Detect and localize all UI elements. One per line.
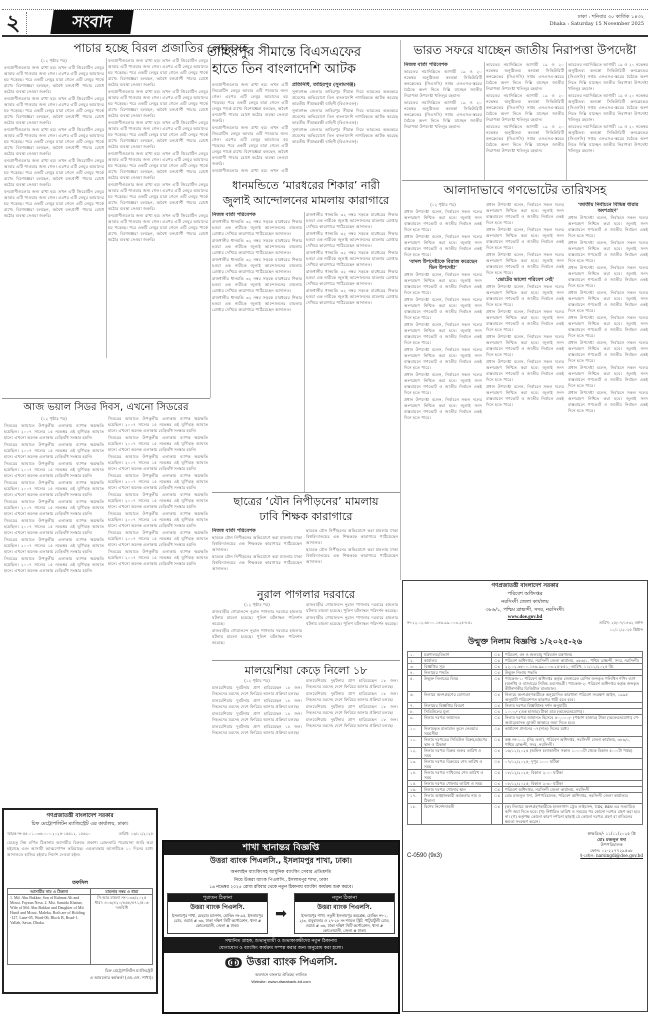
tender-row: ১৪.নিলাম দরপত্র দাখিলের শেষ তারিখ ও সময়… xyxy=(408,770,643,781)
bank-line: নিয়ে উত্তরা ব্যাংক পিএলসি., ইসলামপুর শা… xyxy=(164,876,398,884)
separator: ঃ xyxy=(492,793,503,804)
article-body: মালয়েশিয়ায় দুর্ঘটনায় প্রাণ হারিয়েছে… xyxy=(306,678,398,690)
ad-tender-notice: গণপ্রজাতন্ত্রী বাংলাদেশ সরকার পরিবেশ অধি… xyxy=(402,580,648,1012)
article-body: ছাত্রকে যৌন নিপীড়নের অভিযোগে করা মামলায… xyxy=(212,535,302,553)
article-body: সিডরের আঘাতে উপকূলীয় এলাকায় ব্যাপক ক্ষ… xyxy=(108,530,208,548)
tender-row: ৯.নিলাম দরপত্র জামানতঃনিলাম দরপত্র জামান… xyxy=(408,715,643,726)
column-rule xyxy=(400,40,401,580)
article-body: ছাত্রকে যৌন নিপীড়নের অভিযোগে করা মামলায… xyxy=(306,547,398,565)
article-body: ভারতের নয়াদিল্লিতে আগামী ১৯ ও ২০ নভেম্ব… xyxy=(568,124,648,154)
case-cell: সি.আর মামলা নং-১৩৬/২০২৫ ধারা: ৪০৬/৪২০/৪৬… xyxy=(91,895,153,965)
new-address-box: নতুন ঠিকানা উত্তরা ব্যাংক পিএলসি. ইসলামপ… xyxy=(294,893,395,934)
column-rule xyxy=(566,62,567,180)
article-body: মালয়েশিয়ায় দুর্ঘটনায় প্রাণ হারিয়েছে… xyxy=(306,704,398,716)
article-body: সিডরের আঘাতে উপকূলীয় এলাকায় ব্যাপক ক্ষ… xyxy=(4,480,104,498)
separator: ঃ xyxy=(492,748,503,759)
article-body: ছাত্রকে যৌন নিপীড়নের অভিযোগে করা মামলায… xyxy=(212,554,302,572)
tender-signature: স্বাক্ষরিত/- ১১/১১/২০২৫ খ্রি মোঃ মজলুল হ… xyxy=(580,831,643,859)
article-body: প্রধান উপদেষ্টা বলেন, নির্বাচনে সকল দলের… xyxy=(486,252,564,276)
article-body: সিডরের আঘাতে উপকূলীয় এলাকায় ব্যাপক ক্ষ… xyxy=(4,537,104,555)
tender-row: ৫.উন্মুক্ত নিলামের বিষয়ঃপ্যাকেজ-১: পরিব… xyxy=(408,676,643,692)
article-body: বন্যপ্রাণীগুলোর জন্য রাখা হয়। তখন এটি জ… xyxy=(4,127,104,157)
article-body: রাজধানীর ধানমন্ডি ৩২ নম্বর সড়কে মারধরের… xyxy=(212,219,302,237)
article-body: প্রধান উপদেষ্টা বলেন, নির্বাচনে সকল দলের… xyxy=(404,372,482,396)
article-body: প্রধান উপদেষ্টা বলেন, নির্বাচনে সকল দলের… xyxy=(404,322,482,346)
article-body: রাজধানীর ধানমন্ডি ৩২ নম্বর সড়কে মারধরের… xyxy=(306,212,398,230)
date-english: Dhaka : Saturday 15 November 2025 xyxy=(550,21,644,28)
article-body: প্রধান উপদেষ্টা বলেন, নির্বাচনে সকল দলের… xyxy=(568,290,648,314)
article-india-col3: ভারতের নয়াদিল্লিতে আগামী ১৯ ও ২০ নভেম্ব… xyxy=(568,62,648,180)
tender-table: ১.মন্ত্রণালয়/বিভাগঃপরিবেশ, বন ও জলবায়ু… xyxy=(407,651,643,825)
tender-label: উন্মুক্ত নিলামের বিষয় xyxy=(422,676,492,692)
article-body: বন্যপ্রাণীগুলোর জন্য রাখা হয়। তখন এটি জ… xyxy=(108,120,208,150)
tender-date-en: ১১/১১/২০২৫ খ্রিষ্টাব্দ xyxy=(610,627,643,632)
signatory-sub: এ আমলোর কর্মকর্তা (এম.এস. শাখা)। xyxy=(7,975,153,982)
article-body: রাজধানীর ধানমন্ডি ৩২ নম্বর সড়কে মারধরের… xyxy=(306,288,398,306)
tender-label: নিলাম দরপত্র বিক্রয়ের শেষ তারিখ ও সময় xyxy=(422,759,492,770)
article-body: বন্যপ্রাণীগুলোর জন্য রাখা হয়। তখন এটি জ… xyxy=(108,151,208,181)
tender-date-bn: তারিখ: ২৫/০৭/১৪৩২ বঙ্গাব্দ xyxy=(599,620,643,625)
article-body: ভারতের নয়াদিল্লিতে আগামী ১৯ ও ২০ নভেম্ব… xyxy=(568,62,648,92)
tender-row: ৩.বিজ্ঞপ্তির সূত্রঃ২২.০২.৬৮০০.১৪৬.৯৯.০০৩… xyxy=(408,664,643,670)
tender-no: ৫. xyxy=(408,676,422,692)
tender-office: নরসিংদী জেলা কার্যালয় xyxy=(407,599,643,607)
headline-line: জুলাই আন্দোলনের মামলায় কারাগারে xyxy=(212,193,400,208)
new-bank-name: উত্তরা ব্যাংক পিএলসি. xyxy=(295,902,394,913)
tender-no: ১০. xyxy=(408,726,422,737)
ad-body: যেহেতু নিম্ন বর্ণিত ঠিকানায় আসামীর বিরু… xyxy=(7,840,153,880)
article-body: সিডরের আঘাতে উপকূলীয় এলাকায় ব্যাপক ক্ষ… xyxy=(4,461,104,479)
bank-footer-bar: সম্মানিত গ্রাহক, শুভানুধ্যায়ী ও শুভাকাঙ… xyxy=(164,937,398,953)
separator: ঃ xyxy=(492,770,503,781)
divider xyxy=(2,398,210,399)
article-body: রাজবাড়ীর গোয়ালন্দে নুরাল পাগলার দরবারে… xyxy=(306,615,398,627)
article-body: মালয়েশিয়ায় দুর্ঘটনায় প্রাণ হারিয়েছে… xyxy=(212,698,302,710)
separator: ঃ xyxy=(492,759,503,770)
article-lemur-col2: বন্যপ্রাণীগুলোর জন্য রাখা হয়। তখন এটি জ… xyxy=(108,58,208,358)
article-lemur-col3: বন্যপ্রাণীগুলোর জন্য রাখা হয়। তখন এটি জ… xyxy=(212,82,288,172)
accused-cell: 1. Md. Abu Bakkar, Son of Rahmat Ali and… xyxy=(8,895,91,965)
continuation-note: (১২ পৃষ্ঠার পর) xyxy=(212,602,302,608)
article-dhanmondi-col1: নিজস্ব বার্তা পরিবেশক রাজধানীর ধানমন্ডি … xyxy=(212,212,302,492)
tender-value: কার্যাদেশ প্রদানের ০৭(সাত) দিনের মধ্যে। xyxy=(502,726,642,737)
article-tahirpur-body: প্রতিনিধি, তাহিরপুর (সুনামগঞ্জ) সুনামগঞ্… xyxy=(292,82,398,172)
article-body: সুনামগঞ্জ জেলার তাহিরপুর সীমান্ত দিয়ে ভ… xyxy=(292,108,398,126)
divider xyxy=(212,492,400,493)
tender-row: ১৭.নিলাম আহ্বানকারী কর্মকর্তার নাম ও ঠিক… xyxy=(408,793,643,804)
article-body: মালয়েশিয়ায় দুর্ঘটনায় প্রাণ হারিয়েছে… xyxy=(306,691,398,703)
article-india-col1: নিজস্ব বার্তা পরিবেশক ভারতের নয়াদিল্লিত… xyxy=(404,62,482,180)
bank-brand: উত্তরা ব্যাংক পিএলসি. xyxy=(247,955,338,972)
article-body: সিডরের আঘাতে উপকূলীয় এলাকায় ব্যাপক ক্ষ… xyxy=(4,518,104,536)
tender-label: নিলামকৃত মালামাল তুলে নেওয়ার সময়সীমা xyxy=(422,726,492,737)
separator: ঃ xyxy=(492,715,503,726)
article-body: প্রধান উপদেষ্টা বলেন, নির্বাচনে সকল দলের… xyxy=(404,272,482,296)
ad-office: চিফ মেট্রোপলিটন ম্যাজিস্ট্রেট এর কার্যাল… xyxy=(7,821,153,829)
article-body: সিডরের আঘাতে উপকূলীয় এলাকায় ব্যাপক ক্ষ… xyxy=(108,454,208,472)
headline-india-visit: ভারত সফরে যাচ্ছেন জাতীয় নিরাপত্তা উপদেষ… xyxy=(402,42,648,62)
bank-brand-row: ↂ উত্তরা ব্যাংক পিএলসি. xyxy=(164,955,398,972)
column-rule xyxy=(304,212,305,492)
sign-date: স্বাক্ষরিত/- ১১/১১/২০২৫ খ্রি xyxy=(580,831,643,837)
article-body: মালয়েশিয়ায় দুর্ঘটনায় প্রাণ হারিয়েছে… xyxy=(212,685,302,697)
tender-value: নিলামে অংশগ্রহণকারীকে অনুমোদিত কারখানা প… xyxy=(502,692,642,703)
tender-value: মোঃ মজলুল হুদা, উপপরিচালক, পরিবেশ অধিদপ্… xyxy=(502,793,642,804)
page-number: ২ xyxy=(6,12,20,34)
tender-label: নিলাম আহ্বানকারী কর্মকর্তার নাম ও ঠিকানা xyxy=(422,793,492,804)
article-body: সুনামগঞ্জ জেলার তাহিরপুর সীমান্ত দিয়ে ভ… xyxy=(292,127,398,145)
column-rule xyxy=(210,58,211,398)
headline-teacher: ছাত্রের ‘যৌন নিপীড়নের’ মামলায় ঢাবি শিক… xyxy=(212,494,400,524)
article-teacher-col1: নিজস্ব বার্তা পরিবেশক ছাত্রকে যৌন নিপীড়… xyxy=(212,528,302,584)
page-number-separator xyxy=(26,12,27,34)
continuation-note: (১২ পৃষ্ঠার পর) xyxy=(4,416,104,422)
article-malaysia-col2: মালয়েশিয়ায় দুর্ঘটনায় প্রাণ হারিয়েছে… xyxy=(306,678,398,840)
article-body: ভারতের নয়াদিল্লিতে আগামী ১৯ ও ২০ নভেম্ব… xyxy=(486,124,564,154)
article-body: রাজবাড়ীর গোয়ালন্দে নুরাল পাগলার দরবারে… xyxy=(212,609,302,627)
article-body: বন্যপ্রাণীগুলোর জন্য রাখা হয়। তখন এটি জ… xyxy=(212,82,288,124)
article-body: প্রধান উপদেষ্টা বলেন, নির্বাচনে সকল দলের… xyxy=(404,347,482,371)
old-address-box: পুরাতন ঠিকানা উত্তরা ব্যাংক পিএলসি. ইসলা… xyxy=(167,893,268,934)
tender-no: ১৪. xyxy=(408,770,422,781)
masthead-logo: সংবাদ xyxy=(50,10,133,34)
schedule-table: আসামীর নাম ও ঠিকানা মামলার নম্বর ও ধারা … xyxy=(7,888,153,965)
headline-line: ঢাবি শিক্ষক কারাগারে xyxy=(212,509,400,524)
byline: প্রতিনিধি, তাহিরপুর (সুনামগঞ্জ) xyxy=(292,82,398,88)
article-body: প্রধান উপদেষ্টা বলেন, নির্বাচনে সকল দলের… xyxy=(404,234,482,258)
tender-address: ৩৮৬/১, পশ্চিম ব্রাহ্মন্দী, সদর, নরসিংদী। xyxy=(407,607,643,615)
tender-value: কক্ষ নং-১০১ (নিচ তলা), পরিবেশ অধিদপ্তর, … xyxy=(502,737,642,748)
headline-line: তাহিরপুর সীমান্তে বিএসএফের xyxy=(168,44,400,61)
tender-no: ১১. xyxy=(408,737,422,748)
article-body: সিডরের আঘাতে উপকূলীয় এলাকায় ব্যাপক ক্ষ… xyxy=(4,442,104,460)
subhead: ‘জাতীয় নির্বাচনে বিভিন্ন ধারার অংশগ্রহণ… xyxy=(568,202,648,214)
article-body: মালয়েশিয়ায় দুর্ঘটনায় প্রাণ হারিয়েছে… xyxy=(306,717,398,729)
article-body: প্রধান উপদেষ্টা বলেন, নির্বাচনে সকল দলের… xyxy=(404,397,482,421)
tender-label: নিলামে অংশগ্রহণের যোগ্যতা xyxy=(422,692,492,703)
tender-label: নিলাম দরপত্র দাখিলের শেষ তারিখ ও সময় xyxy=(422,770,492,781)
tender-label: নিলাম দরপত্র জামানত xyxy=(422,715,492,726)
article-body: বন্যপ্রাণীগুলোর জন্য রাখা হয়। তখন এটি জ… xyxy=(212,168,288,172)
article-body: ভারতের নয়াদিল্লিতে আগামী ১৯ ও ২০ নভেম্ব… xyxy=(486,62,564,92)
tender-label: বিশেষ নির্দেশনাবলী xyxy=(422,804,492,825)
new-address-label: নতুন ঠিকানা xyxy=(295,894,394,902)
tender-no: ১৮. xyxy=(408,804,422,825)
article-body: মালয়েশিয়ায় দুর্ঘটনায় প্রাণ হারিয়েছে… xyxy=(212,724,302,736)
article-body: রাজধানীর ধানমন্ডি ৩২ নম্বর সড়কে মারধরের… xyxy=(212,257,302,275)
article-body: বন্যপ্রাণীগুলোর জন্য রাখা হয়। তখন এটি জ… xyxy=(4,96,104,126)
headline-sidr: আজ ভয়াল সিডর দিবস, এখনো সিডরের xyxy=(2,400,210,417)
tender-label: নিলাম দরপত্রের সিডিউল বিক্রয়/গ্রহণের স্… xyxy=(422,737,492,748)
tender-memo-row: নং-২২.০২.৬৮০০.১৪৬.৯৯.০০৩.২৫-৮৫১ তারিখ: ২… xyxy=(407,620,643,634)
bank-tagline: অবদানে বাংলার ঐতিহ্যে লালিত xyxy=(164,972,398,979)
article-body: প্রধান উপদেষ্টা বলেন, নির্বাচনে সকল দলের… xyxy=(486,334,564,358)
article-body: সিডরের আঘাতে উপকূলীয় এলাকায় ব্যাপক ক্ষ… xyxy=(4,423,104,441)
continuation-note: (১২ পৃষ্ঠার পর) xyxy=(4,58,104,64)
tender-no: ১৭. xyxy=(408,793,422,804)
article-body: প্রধান উপদেষ্টা বলেন, নির্বাচনে সকল দলের… xyxy=(568,240,648,264)
article-body: ছাত্রকে যৌন নিপীড়নের অভিযোগে করা মামলায… xyxy=(306,528,398,546)
headline-line: ধানমন্ডিতে ‘মারধরের শিকার’ নারী xyxy=(212,178,400,193)
old-address: ইসলামপুর শাখা, মেহরাব ম্যানশন, হোল্ডিং ন… xyxy=(168,913,267,928)
byline: নিজস্ব বার্তা পরিবেশক xyxy=(404,62,482,68)
tender-value: নিলাম দরপত্র জামানত হিসেবে ৫০,০০০/- (পঞ্… xyxy=(502,715,642,726)
article-body: মালয়েশিয়ায় দুর্ঘটনায় প্রাণ হারিয়েছে… xyxy=(212,711,302,723)
byline: নিজস্ব বার্তা পরিবেশক xyxy=(212,528,302,534)
article-body: ভারতের নয়াদিল্লিতে আগামী ১৯ ও ২০ নভেম্ব… xyxy=(404,100,482,130)
signatory: চিফ মেট্রোপলিটন ম্যাজিস্ট্রেট xyxy=(7,968,153,975)
separator: ঃ xyxy=(492,804,503,825)
address-compare: পুরাতন ঠিকানা উত্তরা ব্যাংক পিএলসি. ইসলা… xyxy=(164,893,398,934)
article-alada-col2: প্রধান উপদেষ্টা বলেন, নির্বাচনে সকল দলের… xyxy=(486,202,564,592)
article-body: প্রধান উপদেষ্টা বলেন, নির্বাচনে সকল দলের… xyxy=(486,359,564,383)
article-alada-col1: (১২ পৃষ্ঠার পর) প্রধান উপদেষ্টা বলেন, নি… xyxy=(404,202,482,592)
article-body: ভারতের নয়াদিল্লিতে আগামী ১৯ ও ২০ নভেম্ব… xyxy=(486,93,564,123)
article-body: রাজধানীর ধানমন্ডি ৩২ নম্বর সড়কে মারধরের… xyxy=(212,238,302,256)
article-body: রাজধানীর ধানমন্ডি ৩২ নম্বর সড়কে মারধরের… xyxy=(212,295,302,313)
article-nural-col1: (১২ পৃষ্ঠার পর) রাজবাড়ীর গোয়ালন্দে নুর… xyxy=(212,602,302,658)
article-alada-col3: ‘জাতীয় নির্বাচনে বিভিন্ন ধারার অংশগ্রহণ… xyxy=(568,202,648,592)
tender-row: ১০.নিলামকৃত মালামাল তুলে নেওয়ার সময়সীম… xyxy=(408,726,643,737)
article-body: সিডরের আঘাতে উপকূলীয় এলাকায় ব্যাপক ক্ষ… xyxy=(4,499,104,517)
tender-no: ৬. xyxy=(408,692,422,703)
old-address-label: পুরাতন ঠিকানা xyxy=(168,894,267,902)
byline: নিজস্ব বার্তা পরিবেশক xyxy=(212,212,302,218)
article-malaysia-col1: (১২ পৃষ্ঠার পর) মালয়েশিয়ায় দুর্ঘটনায়… xyxy=(212,678,302,840)
bank-line: অনলাইন ব্যাংকিংসহ আধুনিক ব্যাংকিং সেবার … xyxy=(164,868,398,876)
tender-row: ৬.নিলামে অংশগ্রহণের যোগ্যতাঃনিলামে অংশগ্… xyxy=(408,692,643,703)
tender-value: (ক) নিলামে অংশগ্রহণকারীকে হালনাগাদ ট্রেড… xyxy=(502,804,642,825)
article-body: প্রধান উপদেষ্টা বলেন, নির্বাচনে সকল দলের… xyxy=(568,265,648,289)
footer-line: যোগাযোগ ও ব্যাংকিং কার্যক্রম সম্পন্ন করা… xyxy=(164,945,398,952)
article-body: প্রধান উপদেষ্টা বলেন, নির্বাচনে সকল দলের… xyxy=(568,390,648,414)
article-body: সিডরের আঘাতে উপকূলীয় এলাকায় ব্যাপক ক্ষ… xyxy=(108,549,208,567)
headline-dhanmondi: ধানমন্ডিতে ‘মারধরের শিকার’ নারী জুলাই আন… xyxy=(212,178,400,208)
sign-email[interactable]: ই-মেইল: narsingdi@doe.gov.bd xyxy=(580,853,643,859)
article-body: প্রধান উপদেষ্টা বলেন, নির্বাচনে সকল দলের… xyxy=(404,297,482,321)
article-body: প্রধান উপদেষ্টা বলেন, নির্বাচনে সকল দলের… xyxy=(404,209,482,233)
tender-title: উন্মুক্ত নিলাম বিজ্ঞপ্তি ১/২০২৫-২৬ xyxy=(407,636,643,649)
article-body: বন্যপ্রাণীগুলোর জন্য রাখা হয়। তখন এটি জ… xyxy=(108,182,208,212)
ad-govt-title: গণপ্রজাতন্ত্রী বাংলাদেশ সরকার xyxy=(7,813,153,821)
ad-code: C-0590 (9x3) xyxy=(407,853,442,859)
tender-label: নিলাম দরপত্র খোলার তারিখ ও সময় xyxy=(422,781,492,787)
article-body: বন্যপ্রাণীগুলোর জন্য রাখা হয়। তখন এটি জ… xyxy=(108,213,208,243)
continuation-note: (১২ পৃষ্ঠার পর) xyxy=(212,678,302,684)
article-teacher-col2: ছাত্রকে যৌন নিপীড়নের অভিযোগে করা মামলায… xyxy=(306,528,398,584)
article-body: প্রধান উপদেষ্টা বলেন, নির্বাচনে সকল দলের… xyxy=(568,365,648,389)
article-body: প্রধান উপদেষ্টা বলেন, নির্বাচনে সকল দলের… xyxy=(568,340,648,364)
subhead: ‘ভোটের ভালো পরিবেশ নেই’ xyxy=(486,277,564,283)
tender-dates: তারিখ: ২৫/০৭/১৪৩২ বঙ্গাব্দ ১১/১১/২০২৫ খ্… xyxy=(599,620,643,634)
tender-row: ১১.নিলাম দরপত্রের সিডিউল বিক্রয়/গ্রহণের… xyxy=(408,737,643,748)
tender-value: পরিবেশ অধিদপ্তর, নরসিংদী জেলা কার্যালয়,… xyxy=(502,658,642,664)
article-body: সিডরের আঘাতে উপকূলীয় এলাকায় ব্যাপক ক্ষ… xyxy=(108,435,208,453)
headline-alada: আলাদাভাবে গণভোটের তারিখসহ xyxy=(402,182,648,202)
ad-court-notice: গণপ্রজাতন্ত্রী বাংলাদেশ সরকার চিফ মেট্রো… xyxy=(2,808,158,994)
column-rule xyxy=(484,62,485,180)
article-body: ভারতের নয়াদিল্লিতে আগামী ১৯ ও ২০ নভেম্ব… xyxy=(568,93,648,123)
article-body: প্রধান উপদেষ্টা বলেন, নির্বাচনে সকল দলের… xyxy=(568,315,648,339)
subhead: ‘বাদল উপদেষ্টাকে বিরাজ করেছেন ভিন উপদেষ্… xyxy=(404,259,482,271)
article-body: রাজধানীর ধানমন্ডি ৩২ নম্বর সড়কে মারধরের… xyxy=(306,231,398,249)
article-body: সিডরের আঘাতে উপকূলীয় এলাকায় ব্যাপক ক্ষ… xyxy=(108,511,208,529)
article-sidr-col2: সিডরের আঘাতে উপকূলীয় এলাকায় ব্যাপক ক্ষ… xyxy=(108,416,208,756)
article-body: বন্যপ্রাণীগুলোর জন্য রাখা হয়। তখন এটি জ… xyxy=(4,65,104,95)
tender-value: ০৮/১২/২০২৫; বিকাল ২:০০ ঘটিকা xyxy=(502,770,642,781)
divider xyxy=(402,180,648,181)
article-body: ভারতের নয়াদিল্লিতে আগামী ১৯ ও ২০ নভেম্ব… xyxy=(404,69,482,99)
ad-bank-relocation: শাখা স্থানান্তর বিজ্ঞপ্তি উত্তরা ব্যাংক … xyxy=(162,840,400,1014)
tender-row: ১৩.নিলাম দরপত্র বিক্রয়ের শেষ তারিখ ও সম… xyxy=(408,759,643,770)
article-nural-col2: রাজবাড়ীর গোয়ালন্দে নুরাল পাগলার দরবারে… xyxy=(306,602,398,658)
article-body: প্রধান উপদেষ্টা বলেন, নির্বাচনে সকল দলের… xyxy=(486,309,564,333)
tender-footer: C-0590 (9x3) স্বাক্ষরিত/- ১১/১১/২০২৫ খ্র… xyxy=(407,831,643,859)
tender-no: ১২. xyxy=(408,748,422,759)
tender-govt: গণপ্রজাতন্ত্রী বাংলাদেশ সরকার xyxy=(407,583,643,591)
tender-no: ১৩. xyxy=(408,759,422,770)
article-body: সিডরের আঘাতে উপকূলীয় এলাকায় ব্যাপক ক্ষ… xyxy=(108,492,208,510)
article-body: রাজবাড়ীর গোয়ালন্দে নুরাল পাগলার দরবারে… xyxy=(306,602,398,614)
article-body: সুনামগঞ্জ জেলার তাহিরপুর সীমান্ত দিয়ে ভ… xyxy=(292,89,398,107)
article-body: বন্যপ্রাণীগুলোর জন্য রাখা হয়। তখন এটি জ… xyxy=(4,158,104,188)
article-body: বন্যপ্রাণীগুলোর জন্য রাখা হয়। তখন এটি জ… xyxy=(4,189,104,219)
headline-line: হাতে তিন বাংলাদেশি আটক xyxy=(168,61,400,78)
bank-ad-subtitle: উত্তরা ব্যাংক পিএলসি., ইসলামপুর শাখা, ঢা… xyxy=(164,856,398,868)
article-india-col2: ভারতের নয়াদিল্লিতে আগামী ১৯ ও ২০ নভেম্ব… xyxy=(486,62,564,180)
dateline: ঢাকা : শনিবার ৩০ কার্তিক ১৪৩২ Dhaka : Sa… xyxy=(550,14,644,28)
ad-memo-row: স্মারক নং-৫৫.০১.০৩৬.০০০.২০২৫-১৫৬১২, ১৫৬২… xyxy=(7,831,153,838)
article-body: রাজধানীর ধানমন্ডি ৩২ নম্বর সড়কে মারধরের… xyxy=(212,276,302,294)
article-body: প্রধান উপদেষ্টা বলেন, নির্বাচনে সকল দলের… xyxy=(486,202,564,226)
memo-date: তারিখ: ১৩/১১/২০২৫ xyxy=(119,831,153,838)
article-body: প্রধান উপদেষ্টা বলেন, নির্বাচনে সকল দলের… xyxy=(568,215,648,239)
arrow-right-icon: ➡ xyxy=(272,893,290,934)
article-body: সিডরের আঘাতে উপকূলীয় এলাকায় ব্যাপক ক্ষ… xyxy=(108,416,208,434)
tender-no: ৯. xyxy=(408,715,422,726)
separator: ঃ xyxy=(492,737,503,748)
header-rule xyxy=(2,35,648,37)
memo-number: স্মারক নং-৫৫.০১.০৩৬.০০০.২০২৫-১৫৬১২, ১৫৬২… xyxy=(7,831,90,838)
article-body: রাজবাড়ীর গোয়ালন্দে নুরাল পাগলার দরবারে… xyxy=(212,628,302,646)
bank-website: Website: www.uttarabank-bd.com xyxy=(164,979,398,984)
separator: ঃ xyxy=(492,676,503,692)
bank-logo-icon: ↂ xyxy=(225,956,243,972)
bank-ad-title: শাখা স্থানান্তর বিজ্ঞপ্তি xyxy=(164,842,398,855)
article-body: রাজধানীর ধানমন্ডি ৩২ নম্বর সড়কে মারধরের… xyxy=(306,250,398,268)
tender-value: ০৭/১২/২০২৫; দুপুর ১:০০ ঘটিকা xyxy=(502,759,642,770)
article-body: প্রধান উপদেষ্টা বলেন, নির্বাচনে সকল দলের… xyxy=(486,227,564,251)
footer-line: সম্মানিত গ্রাহক, শুভানুধ্যায়ী ও শুভাকাঙ… xyxy=(164,938,398,945)
tender-row: ১২.নিলাম দরপত্র বিক্রয় শুরুর তারিখ ও সম… xyxy=(408,748,643,759)
article-lemur-col1: (১২ পৃষ্ঠার পর) বন্যপ্রাণীগুলোর জন্য রাখ… xyxy=(4,58,104,358)
old-bank-name: উত্তরা ব্যাংক পিএলসি. xyxy=(168,902,267,913)
article-body: প্রধান উপদেষ্টা বলেন, নির্বাচনে সকল দলের… xyxy=(486,284,564,308)
tender-row: ১৮.বিশেষ নির্দেশনাবলীঃ(ক) নিলামে অংশগ্রহ… xyxy=(408,804,643,825)
tender-dept: পরিবেশ অধিদপ্তর xyxy=(407,591,643,599)
new-address: ইসলামপুর শাখা, নতুনী ইসলামপুর কমপ্লেক্স,… xyxy=(295,913,394,933)
separator: ঃ xyxy=(492,726,503,737)
article-body: সিডরের আঘাতে উপকূলীয় এলাকায় ব্যাপক ক্ষ… xyxy=(4,556,104,574)
tender-label: নিলাম দরপত্র বিক্রয় শুরুর তারিখ ও সময় xyxy=(422,748,492,759)
headline-line: ছাত্রের ‘যৌন নিপীড়নের’ মামলায় xyxy=(212,494,400,509)
headline-tahirpur: তাহিরপুর সীমান্তে বিএসএফের হাতে তিন বাংল… xyxy=(168,44,400,78)
article-body: বন্যপ্রাণীগুলোর জন্য রাখা হয়। তখন এটি জ… xyxy=(108,89,208,119)
article-body: প্রধান উপদেষ্টা বলেন, নির্বাচনে সকল দলের… xyxy=(486,384,564,408)
date-bengali: ঢাকা : শনিবার ৩০ কার্তিক ১৪৩২ xyxy=(550,14,644,21)
column-rule xyxy=(106,58,107,358)
article-body: রাজধানীর ধানমন্ডি ৩২ নম্বর সড়কে মারধরের… xyxy=(306,269,398,287)
bank-line: ১৬ নভেম্বর ২০২৫ রোজ রবিবার থেকে নতুন ঠিক… xyxy=(164,884,398,891)
article-body: সিডরের আঘাতে উপকূলীয় এলাকায় ব্যাপক ক্ষ… xyxy=(108,473,208,491)
article-body: বন্যপ্রাণীগুলোর জন্য রাখা হয়। তখন এটি জ… xyxy=(212,125,288,167)
tender-value: প্যাকেজ-১: পরিবেশ অধিদপ্তর কর্তৃক জেনারে… xyxy=(502,676,642,692)
continuation-note: (১২ পৃষ্ঠার পর) xyxy=(404,202,482,208)
separator: ঃ xyxy=(492,692,503,703)
tender-memo: নং-২২.০২.৬৮০০.১৪৬.৯৯.০০৩.২৫-৮৫১ xyxy=(407,620,473,634)
tender-value: ১৬/১১/২০২৫ (অফিস চলাকালীন সকাল ১০:০০টা থ… xyxy=(502,748,642,759)
divider xyxy=(212,660,400,661)
schedule-title: তফসিল xyxy=(7,880,153,888)
article-dhanmondi-col2: রাজধানীর ধানমন্ডি ৩২ নম্বর সড়কে মারধরের… xyxy=(306,212,398,492)
article-sidr-col1: (১২ পৃষ্ঠার পর) সিডরের আঘাতে উপকূলীয় এল… xyxy=(4,416,104,756)
